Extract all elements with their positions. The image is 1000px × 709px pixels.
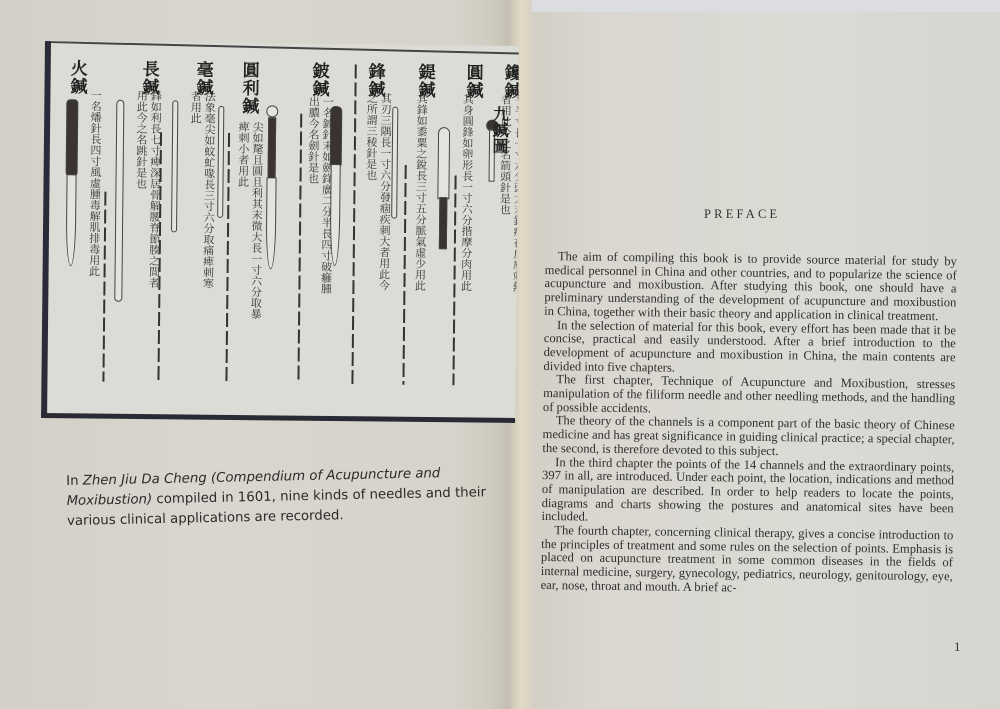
needle-name: 火鍼 bbox=[64, 59, 89, 95]
caption-prefix: In bbox=[66, 474, 83, 489]
needle-column-round: 圓鍼 其身圓鋒如卵形長一寸六分揩摩分肉用此 bbox=[457, 63, 460, 383]
column-rule bbox=[297, 114, 302, 384]
paragraph: In the third chapter the points of the 1… bbox=[541, 456, 954, 530]
needle-icon bbox=[391, 107, 398, 219]
needle-blade-icon bbox=[330, 164, 341, 266]
needle-name: 圓利鍼 bbox=[236, 61, 262, 115]
needle-blade-icon bbox=[66, 174, 77, 266]
chart-title: 九鍼圖 bbox=[488, 106, 512, 154]
needle-column-spoon: 鍉鍼 其鋒如黍粟之銳長三寸五分脈氣虛少用此 bbox=[409, 63, 412, 383]
preface-heading: PREFACE bbox=[704, 207, 780, 222]
needle-handle-icon bbox=[330, 106, 343, 166]
needle-handle-icon bbox=[66, 99, 79, 176]
column-rule bbox=[402, 165, 406, 385]
paragraph: In the selection of material for this bo… bbox=[543, 319, 956, 379]
figure-caption: In Zhen Jiu Da Cheng (Compendium of Acup… bbox=[66, 463, 512, 532]
needle-column-filiform: 毫鍼 法象毫尖如蚊虻喙長三寸六分取痛痺刺寒者用此 bbox=[167, 60, 170, 380]
needle-description: 法象毫尖如蚊虻喙長三寸六分取痛痺刺寒者用此 bbox=[186, 91, 216, 291]
column-rule bbox=[452, 175, 456, 385]
needle-icon bbox=[171, 100, 178, 232]
paragraph: The fourth chapter, concerning clinical … bbox=[541, 524, 954, 598]
needle-column-sword: 鈹鍼 一名鈹針末如劍鋒廣二分半長四寸破癰腫出膿今名劍針是也 bbox=[303, 62, 306, 382]
nine-needles-illustration: 火鍼 一名燔針長四寸風虛腫毒解肌排毒用此 長鍼 鋒如利長七寸痺深居骨解腰脊節腠之… bbox=[41, 41, 519, 423]
needle-description: 尖如氂且圓且利其末微大長一寸六分取暴痺刺小者用此 bbox=[234, 121, 264, 321]
paragraph: The theory of the channels is a componen… bbox=[542, 414, 955, 460]
needle-description: 其鋒如黍粟之銳長三寸五分脈氣虛少用此 bbox=[412, 93, 428, 293]
page-number: 1 bbox=[954, 639, 961, 655]
needle-shaft-icon bbox=[439, 197, 448, 249]
column-rule bbox=[225, 133, 230, 383]
needle-head-icon bbox=[437, 127, 450, 199]
needle-icon bbox=[114, 100, 124, 302]
paragraph: The first chapter, Technique of Acupunct… bbox=[543, 373, 956, 419]
needle-icon bbox=[217, 106, 224, 218]
column-rule bbox=[102, 192, 106, 382]
needle-description: 一名燔針長四寸風虛腫毒解肌排毒用此 bbox=[86, 89, 102, 289]
needle-column-three-edged: 鋒鍼 其刃三隅長一寸六分發痼疾刺大者用此今之所謂三稜針是也 bbox=[359, 62, 362, 382]
needle-column-round-sharp: 圓利鍼 尖如氂且圓且利其末微大長一寸六分取暴痺刺小者用此 bbox=[233, 61, 236, 381]
needle-blade-icon bbox=[266, 177, 277, 269]
paragraph: The aim of compiling this book is to pro… bbox=[544, 250, 957, 324]
preface-body: The aim of compiling this book is to pro… bbox=[541, 250, 957, 598]
needle-column-long: 長鍼 鋒如利長七寸痺深居骨解腰脊節腠之間者用此今之名跳針是也 bbox=[111, 60, 114, 380]
needle-ring-icon bbox=[266, 105, 278, 117]
column-rule bbox=[351, 64, 356, 384]
needle-name: 鈹鍼 bbox=[306, 62, 331, 98]
needle-column-fire: 火鍼 一名燔針長四寸風虛腫毒解肌排毒用此 bbox=[61, 59, 64, 379]
needle-handle-icon bbox=[268, 117, 277, 179]
needle-description: 其身圓鋒如卵形長一寸六分揩摩分肉用此 bbox=[458, 93, 474, 293]
needle-description: 其刃三隅長一寸六分發痼疾刺大者用此今之所謂三稜針是也 bbox=[362, 92, 392, 292]
